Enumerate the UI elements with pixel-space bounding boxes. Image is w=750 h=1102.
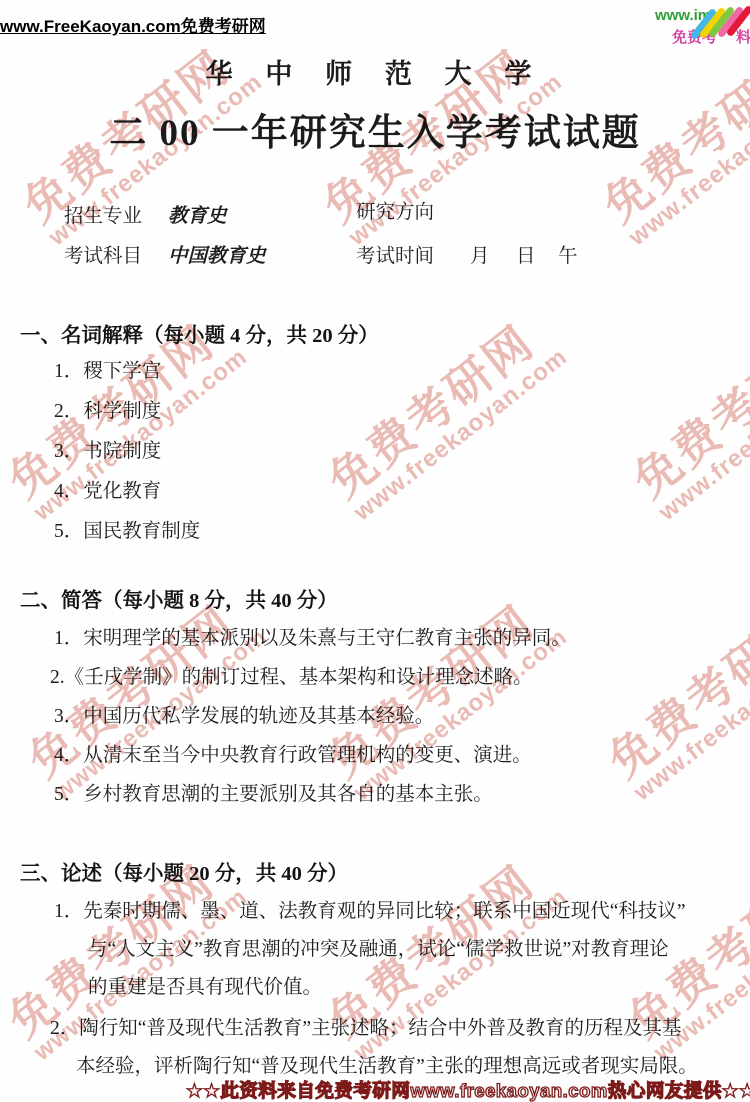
admission-major-value: 教育史 xyxy=(168,200,227,228)
watermark-tile: 免费考研网www.freekaoyan.com xyxy=(625,308,750,526)
short-answer-item-3: 3．中国历代私学发展的轨迹及其基本经验。 xyxy=(54,700,434,728)
exam-subject-value: 中国教育史 xyxy=(168,240,266,268)
essay-item-1-line-2: 与“人文主义”教育思潮的冲突及融通，试论“儒学救世说”对教育理论 xyxy=(88,933,669,961)
source-credit-banner: ★★此资料来自免费考研网www.freekaoyan.com热心网友提供★★ xyxy=(186,1077,750,1102)
exam-time-month: 月 xyxy=(470,240,490,268)
partner-stripes-logo xyxy=(696,2,750,46)
section-2-heading: 二、简答（每小题 8 分，共 40 分） xyxy=(20,583,338,613)
exam-title: 二 00 一年研究生入学考试试题 xyxy=(0,102,750,156)
exam-time-noon: 午 xyxy=(558,240,578,268)
research-direction-label: 研究方向 xyxy=(356,196,434,224)
admission-major-label: 招生专业 xyxy=(64,200,142,228)
section-3-heading: 三、论述（每小题 20 分，共 40 分） xyxy=(20,856,348,886)
short-answer-item-2: 2.《壬戌学制》的制订过程、基本架构和设计理念述略。 xyxy=(50,661,533,689)
watermark-tile: 免费考研网www.freekaoyan.com xyxy=(320,588,570,806)
freekaoyan-site-link[interactable]: www.FreeKaoyan.com免费考研网 xyxy=(0,12,266,37)
term-item-4: 4．党化教育 xyxy=(54,475,161,503)
essay-item-2-line-2: 本经验，评析陶行知“普及现代生活教育”主张的理想高远或者现实局限。 xyxy=(76,1050,698,1078)
term-item-5: 5．国民教育制度 xyxy=(54,515,200,543)
term-item-2: 2．科学制度 xyxy=(54,395,161,423)
university-name: 华 中 师 范 大 学 xyxy=(0,52,750,91)
term-item-1: 1．稷下学宫 xyxy=(54,355,161,383)
term-item-3: 3．书院制度 xyxy=(54,435,161,463)
section-1-heading: 一、名词解释（每小题 4 分，共 20 分） xyxy=(20,318,379,348)
essay-item-2-line-1: 2．陶行知“普及现代生活教育”主张述略；结合中外普及教育的历程及其基 xyxy=(50,1012,682,1040)
short-answer-item-5: 5．乡村教育思潮的主要派别及其各自的基本主张。 xyxy=(54,778,493,806)
short-answer-item-1: 1．宋明理学的基本派别以及朱熹与王守仁教育主张的异同。 xyxy=(54,622,571,650)
short-answer-item-4: 4．从清末至当今中央教育行政管理机构的变更、演进。 xyxy=(54,739,532,767)
exam-time-label: 考试时间 xyxy=(356,240,434,268)
exam-time-day: 日 xyxy=(516,240,536,268)
exam-paper-page: www.FreeKaoyan.com免费考研网 www.ima 免费考 料 华 … xyxy=(0,0,750,1102)
essay-item-1-line-1: 1．先秦时期儒、墨、道、法教育观的异同比较；联系中国近现代“科技议” xyxy=(54,895,686,923)
essay-item-1-line-3: 的重建是否具有现代价值。 xyxy=(88,971,322,999)
watermark-tile: 免费考研网www.freekaoyan.com xyxy=(20,588,270,806)
exam-subject-label: 考试科目 xyxy=(64,240,142,268)
watermark-tile: 免费考研网www.freekaoyan.com xyxy=(600,588,750,806)
